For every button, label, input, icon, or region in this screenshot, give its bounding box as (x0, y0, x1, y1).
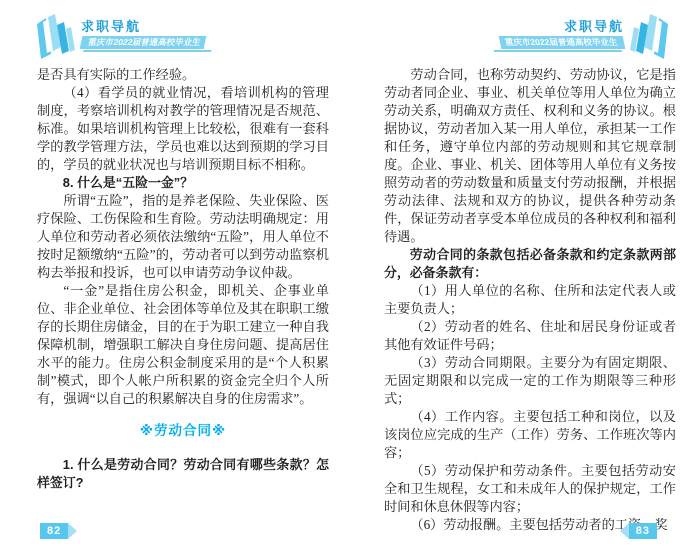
brand-text-block: 求职导航 重庆市2022届普通高校毕业生 (500, 19, 624, 49)
paragraph: 所谓“五险”，指的是养老保险、失业保险、医疗保险、工伤保险和生育险。劳动法明确规… (37, 192, 329, 282)
brand-logo-icon (627, 13, 669, 59)
brand-subtitle-ribbon: 重庆市2022届普通高校毕业生 (498, 36, 625, 49)
paragraph: 是否具有实际的工作经验。 (37, 66, 329, 84)
page-header-left: 求职导航 重庆市2022届普通高校毕业生 (36, 13, 205, 59)
brand-subtitle: 重庆市2022届普通高校毕业生 (87, 37, 202, 47)
section-title: ※劳动合同※ (37, 422, 329, 440)
page-body-right: 劳动合同，也称劳动契约、劳动协议，它是指劳动者同企业、事业、机关单位等用人单位为… (384, 66, 676, 534)
page-right: 求职导航 重庆市2022届普通高校毕业生 劳动合同，也称劳动契约、劳动协议，它是… (348, 0, 695, 559)
page-number-right: 83 (629, 523, 657, 539)
brand-subtitle-ribbon: 重庆市2022届普通高校毕业生 (80, 36, 207, 49)
paragraph: “一金”是指住房公积金，即机关、企事业单位、非企业单位、社会团体等单位及其在职职… (37, 282, 329, 408)
question-heading: 劳动合同的条款包括必备条款和约定条款两部分，必备条款有： (384, 246, 676, 282)
page-number-badge-left: 82 (40, 523, 77, 539)
page-number-badge-right: 83 (620, 523, 657, 539)
book-spread: 求职导航 重庆市2022届普通高校毕业生 是否具有实际的工作经验。（4）看学员的… (0, 0, 695, 559)
page-number-left: 82 (40, 523, 68, 539)
paragraph: 劳动合同，也称劳动契约、劳动协议，它是指劳动者同企业、事业、机关单位等用人单位为… (384, 66, 676, 246)
paragraph: （2）劳动者的姓名、住址和居民身份证或者其他有效证件号码； (384, 318, 676, 354)
paragraph: （1）用人单位的名称、住所和法定代表人或主要负责人； (384, 282, 676, 318)
brand-logo-icon (36, 13, 78, 59)
page-body-left: 是否具有实际的工作经验。（4）看学员的就业情况，看培训机构的管理制度，考察培训机… (37, 66, 329, 492)
paragraph: （4）看学员的就业情况，看培训机构的管理制度，考察培训机构对教学的管理情况是否规… (37, 84, 329, 174)
badge-arrow-right-icon (68, 523, 77, 539)
page-left: 求职导航 重庆市2022届普通高校毕业生 是否具有实际的工作经验。（4）看学员的… (0, 0, 347, 559)
question-heading: 1. 什么是劳动合同？劳动合同有哪些条款？怎样签订? (37, 456, 329, 492)
paragraph: （3）劳动合同期限。主要分为有固定期限、无固定期限和以完成一定的工作为期限等三种… (384, 354, 676, 408)
brand-title: 求职导航 (564, 19, 624, 34)
brand-text-block: 求职导航 重庆市2022届普通高校毕业生 (81, 19, 205, 49)
brand-subtitle: 重庆市2022届普通高校毕业生 (503, 37, 618, 47)
badge-arrow-left-icon (620, 523, 629, 539)
paragraph: （4）工作内容。主要包括工种和岗位，以及该岗位应完成的生产（工作）劳务、工作班次… (384, 408, 676, 462)
brand-title: 求职导航 (81, 19, 205, 34)
question-heading: 8. 什么是“五险一金”？ (37, 174, 329, 192)
page-header-right: 求职导航 重庆市2022届普通高校毕业生 (500, 13, 669, 59)
paragraph: （5）劳动保护和劳动条件。主要包括劳动安全和卫生规程，女工和未成年人的保护规定，… (384, 462, 676, 516)
